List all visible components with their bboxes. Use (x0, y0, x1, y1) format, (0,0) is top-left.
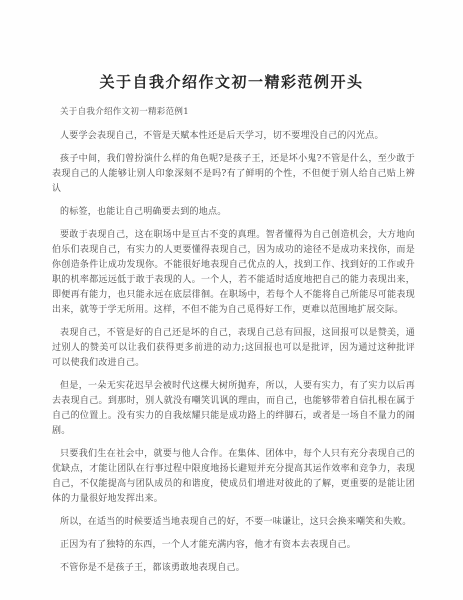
paragraph: 人要学会表现自己，不管是天赋本性还是后天学习，切不要埋没自己的闪光点。 (52, 129, 415, 144)
paragraph: 不管你是不是孩子王，都该勇敢地表现自己。 (52, 561, 415, 576)
document-subtitle: 关于自我介绍作文初一精彩范例1 (52, 106, 415, 118)
paragraph: 的标签，也能让自己明确要去到的地点。 (52, 205, 415, 220)
document-body: 人要学会表现自己，不管是天赋本性还是后天学习，切不要埋没自己的闪光点。 孩子中间… (52, 129, 415, 576)
paragraph: 孩子中间，我们曾扮演什么样的角色呢?是孩子王，还是坏小鬼?不管是什么，至少敢于表… (52, 152, 415, 197)
paragraph: 表现自己，不管是好的自己还是坏的自己，表现自己总有回报，这回报可以是赞美，通过别… (52, 326, 415, 371)
paragraph: 只要我们生在社会中，就要与他人合作。在集体、团体中，每个人只有充分表现自己的优缺… (52, 447, 415, 507)
paragraph: 但是，一朵无实花迟早会被时代这棵大树所抛弃，所以，人要有实力，有了实力以后再去表… (52, 379, 415, 439)
document-page: 关于自我介绍作文初一精彩范例开头 关于自我介绍作文初一精彩范例1 人要学会表现自… (0, 0, 463, 600)
paragraph: 所以，在适当的时候要适当地表现自己的好，不要一味谦让，这只会换来嘲笑和失败。 (52, 515, 415, 530)
document-title: 关于自我介绍作文初一精彩范例开头 (0, 0, 463, 92)
paragraph: 正因为有了独特的东西，一个人才能充满内容，他才有资本去表现自己。 (52, 538, 415, 553)
paragraph: 要敢于表现自己，这在职场中是亘古不变的真理。智者懂得为自己创造机会，大方地向伯乐… (52, 228, 415, 318)
